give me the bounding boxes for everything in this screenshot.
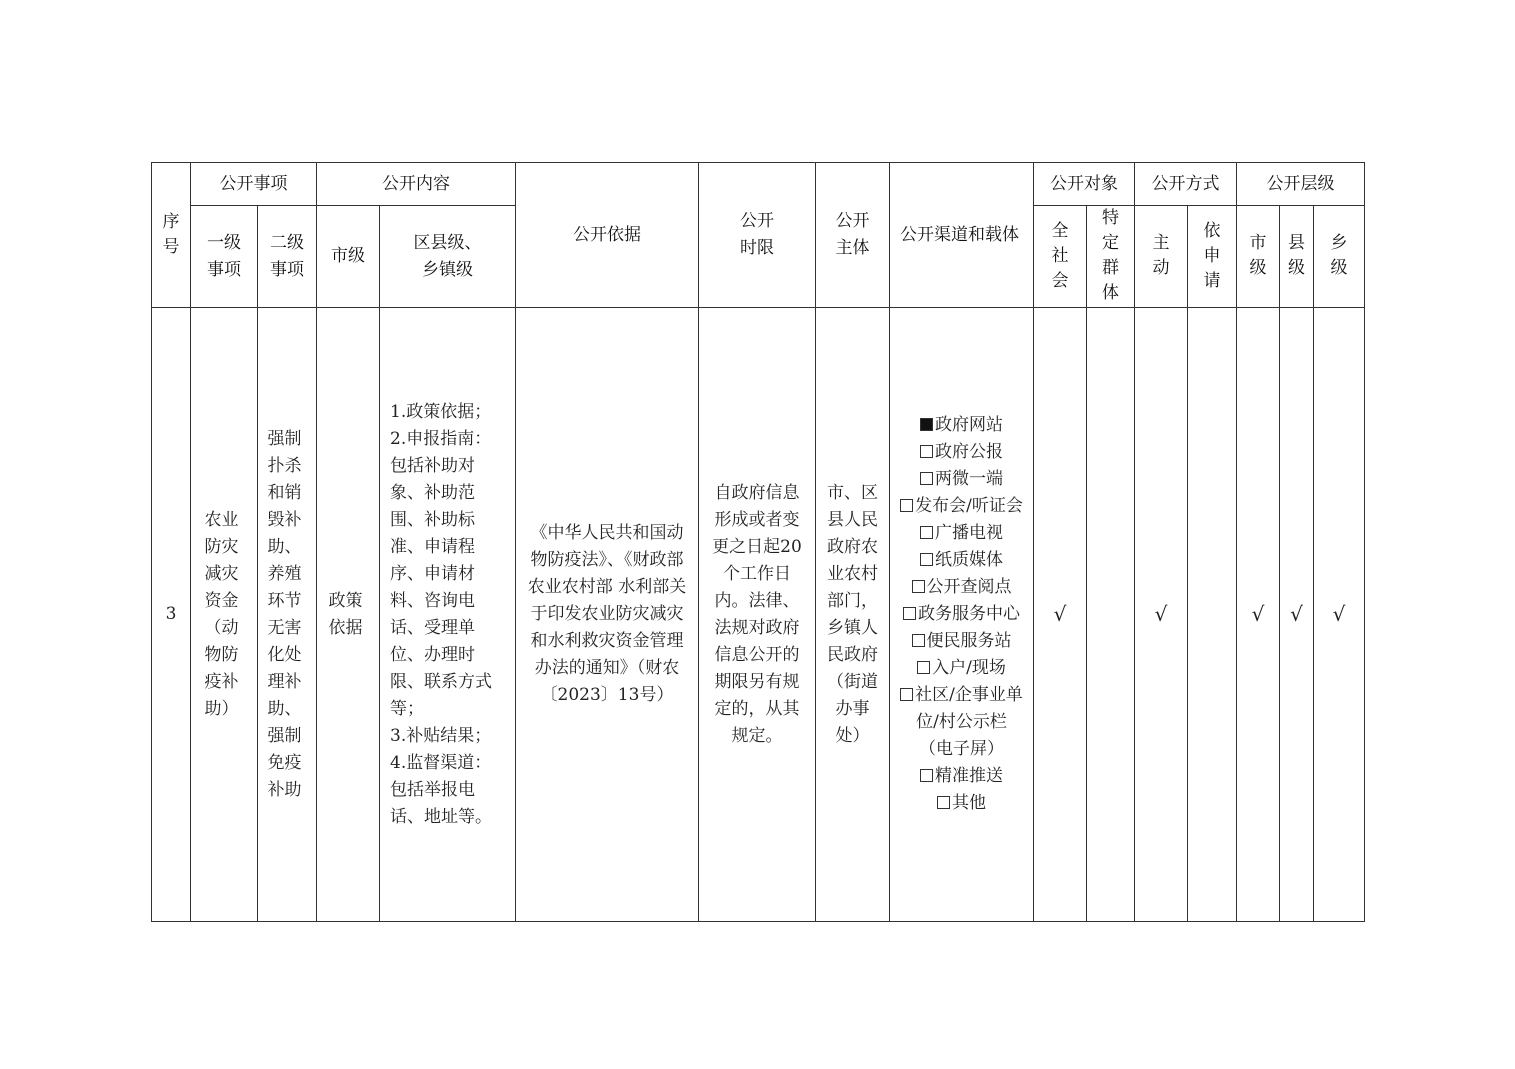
header-method-request: 依申请 [1188,206,1237,308]
disclosure-table: 序号 公开事项 公开内容 公开依据 公开时限 公开主体 公开渠道和载体 公开对象… [151,162,1365,922]
header-level-group: 公开层级 [1237,163,1365,206]
content-line: 1.政策依据； [390,399,505,426]
cell-basis: 《中华人民共和国动物防疫法》、《财政部 农业农村部 水利部关于印发农业防灾减灾和… [516,308,699,922]
empty-box-icon [920,526,933,539]
header-content-city: 市级 [317,206,380,308]
header-seq: 序号 [152,163,191,308]
header-level-city: 市级 [1237,206,1280,308]
header-content-county: 区县级、乡镇级 [380,206,516,308]
cell-item-level2: 强制扑杀和销毁补助、养殖环节无害化处理补助、强制免疫补助 [258,308,317,922]
header-item-level2: 二级事项 [258,206,317,308]
cell-seq: 3 [152,308,191,922]
content-line: 2.申报指南：包括补助对象、补助范围、补助标准、申请程序、申请材料、咨询电话、受… [390,426,505,723]
cell-target-specific [1087,308,1135,922]
channel-item: 发布会/听证会 [900,493,1023,520]
cell-channels: 政府网站 政府公报 两微一端 发布会/听证会 广播电视 纸质媒体 公开查阅点 政… [890,308,1034,922]
header-method-active: 主动 [1135,206,1188,308]
channel-item: 广播电视 [900,520,1023,547]
header-target-all: 全社会 [1034,206,1087,308]
channel-item: 纸质媒体 [900,547,1023,574]
header-subject: 公开主体 [816,163,890,308]
channel-item: 政府公报 [900,439,1023,466]
empty-box-icon [920,553,933,566]
empty-box-icon [900,499,913,512]
header-item-group: 公开事项 [191,163,317,206]
cell-method-active: √ [1135,308,1188,922]
cell-target-all: √ [1034,308,1087,922]
cell-method-request [1188,308,1237,922]
empty-box-icon [900,688,913,701]
empty-box-icon [920,445,933,458]
cell-level-town: √ [1314,308,1365,922]
channel-item: 其他 [900,790,1023,817]
cell-level-county: √ [1280,308,1314,922]
header-deadline: 公开时限 [699,163,816,308]
content-line: 3.补贴结果； [390,723,505,750]
header-level-county: 县级 [1280,206,1314,308]
header-method-group: 公开方式 [1135,163,1237,206]
channel-item: 入户/现场 [900,655,1023,682]
empty-box-icon [920,769,933,782]
header-target-group: 公开对象 [1034,163,1135,206]
channel-item: 政府网站 [900,412,1023,439]
cell-deadline: 自政府信息形成或者变更之日起20个工作日内。法律、法规对政府信息公开的期限另有规… [699,308,816,922]
header-basis: 公开依据 [516,163,699,308]
channel-item: 政务服务中心 [900,601,1023,628]
checked-box-icon [920,418,933,431]
empty-box-icon [917,661,930,674]
header-content-group: 公开内容 [317,163,516,206]
empty-box-icon [937,796,950,809]
header-level-town: 乡级 [1314,206,1365,308]
empty-box-icon [903,607,916,620]
empty-box-icon [920,472,933,485]
table-row: 3 农业防灾减灾资金（动物防疫补助） 强制扑杀和销毁补助、养殖环节无害化处理补助… [152,308,1365,922]
empty-box-icon [912,580,925,593]
cell-level-city: √ [1237,308,1280,922]
channel-item: 精准推送 [900,763,1023,790]
cell-item-level1: 农业防灾减灾资金（动物防疫补助） [191,308,258,922]
channel-item: 两微一端 [900,466,1023,493]
cell-content-city: 政策依据 [317,308,380,922]
channel-item: 便民服务站 [900,628,1023,655]
channel-item: 社区/企事业单位/村公示栏（电子屏） [900,682,1023,763]
content-line: 4.监督渠道：包括举报电话、地址等。 [390,750,505,831]
empty-box-icon [912,634,925,647]
header-channels: 公开渠道和载体 [890,163,1034,308]
header-target-specific: 特定群体 [1087,206,1135,308]
channel-item: 公开查阅点 [900,574,1023,601]
header-item-level1: 一级事项 [191,206,258,308]
cell-content-county: 1.政策依据； 2.申报指南：包括补助对象、补助范围、补助标准、申请程序、申请材… [380,308,516,922]
cell-subject: 市、区县人民政府农业农村部门，乡镇人民政府（街道办事处） [816,308,890,922]
